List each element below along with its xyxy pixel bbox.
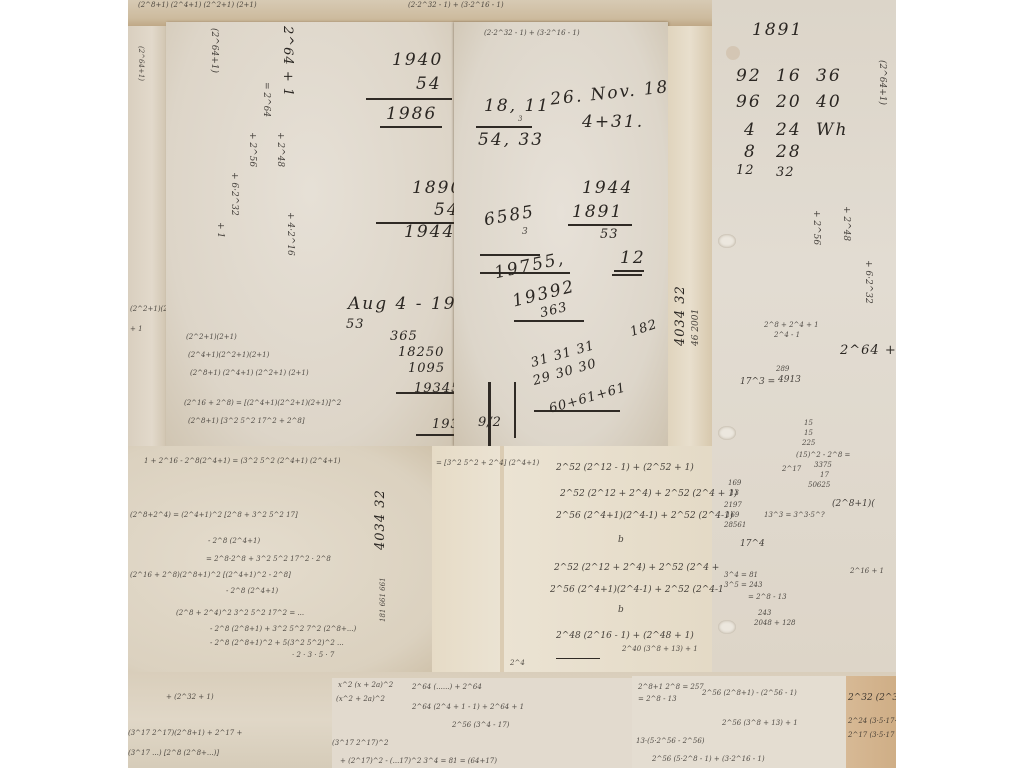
right-expr-right: (2^8+1)( bbox=[832, 500, 875, 509]
midcenter-line-5: 2^56 (2^4+1)(2^4-1) + 2^52 (2^4-1 bbox=[550, 586, 724, 595]
midcenter-line-3: 2^56 (2^4+1)(2^4-1) + 2^52 (2^4-1) bbox=[556, 512, 733, 521]
right-power-17-val: 4913 bbox=[778, 376, 801, 385]
right-vertical-expr-3: + 2^48 bbox=[841, 206, 850, 241]
right-169-e: 28561 bbox=[724, 522, 746, 529]
right-mult-15-c: 225 bbox=[802, 440, 815, 447]
note2-underline-2 bbox=[612, 274, 642, 276]
note1-term-6: + 1 bbox=[215, 222, 224, 238]
right-power-3-a: 3^4 = 81 bbox=[724, 572, 758, 579]
right-expr-2-17: 2^17 bbox=[782, 466, 801, 473]
note2-row-rule bbox=[476, 126, 532, 128]
note2-row1-sub: 3 bbox=[518, 116, 522, 123]
note1-sum1-rule bbox=[366, 98, 452, 100]
bottom-left-3: (3^17 ...) [2^8 (2^8+...)] bbox=[128, 750, 219, 757]
bottom-far-right-2: 2^24 (3·5·17· bbox=[848, 718, 896, 725]
midcenter-b-2: b bbox=[618, 606, 624, 615]
right-power-17: 17^3 = bbox=[740, 378, 775, 387]
right-table-r3c1: 4 bbox=[744, 122, 757, 139]
bottom-mid-3: 2^64 (......) + 2^64 bbox=[412, 684, 482, 691]
strip2-number-2: 46 2001 bbox=[692, 309, 701, 346]
note1-term-5: + 4·2^16 bbox=[285, 212, 294, 256]
midcenter-line-7: 2^40 (3^8 + 13) + 1 bbox=[622, 646, 698, 653]
note1-term-3: + 2^48 bbox=[275, 132, 284, 167]
top-strip-text: (2^8+1) (2^4+1) (2^2+1) (2+1) bbox=[138, 2, 257, 9]
right-169-c: 2197 bbox=[724, 502, 742, 509]
right-power-3-e: 2048 + 128 bbox=[754, 620, 796, 627]
note1-factor-2: (2^4+1)(2^2+1)(2+1) bbox=[188, 352, 269, 359]
midleft-line-8: - 2^8 (2^8+1) + 3^2 5^2 7^2 (2^8+...) bbox=[210, 626, 356, 633]
paper-note-1: (2^64+1) 2^64 + 1 = 2^64 + 2^56 + 2^48 +… bbox=[166, 22, 454, 446]
right-power-3-b: 3^5 = 243 bbox=[724, 582, 762, 589]
bottom-left-1: + (2^32 + 1) bbox=[166, 694, 214, 701]
note2-row2: 54, 33 bbox=[478, 132, 544, 149]
paper-left-strip: (2^64+1) (2^2+1)(2+1) + 1 bbox=[128, 26, 168, 446]
midleft-line-4: = 2^8·2^8 + 3^2 5^2 17^2 · 2^8 bbox=[206, 556, 331, 563]
midleft-line-6: - 2^8 (2^4+1) bbox=[226, 588, 278, 595]
right-table-r5c2: 32 bbox=[776, 166, 795, 179]
note2-year-b: 1891 bbox=[572, 204, 623, 221]
right-table-r4c1: 8 bbox=[744, 144, 757, 161]
right-table-r3c3: Wh bbox=[816, 122, 848, 139]
punch-hole bbox=[718, 426, 736, 440]
right-3375-c: 50625 bbox=[808, 482, 830, 489]
right-3375-a: 3375 bbox=[814, 462, 832, 469]
note1-sum1-b: 54 bbox=[416, 76, 442, 93]
right-mult-15-b: 15 bbox=[804, 430, 813, 437]
midcenter-b-1: b bbox=[618, 536, 624, 545]
note2-underline-1 bbox=[614, 270, 644, 272]
bottom-mid-4: 2^64 (2^4 + 1 - 1) + 2^64 + 1 bbox=[412, 704, 524, 711]
paper-note-2: (2·2^32 - 1) + (3·2^16 - 1) 18, 11 3 54,… bbox=[454, 22, 668, 446]
bottom-r-4: 2^56 (3^8 + 13) + 1 bbox=[722, 720, 798, 727]
paper-right-page: 1891 92 16 36 96 20 40 4 24 Wh 8 28 12 3… bbox=[712, 0, 896, 672]
paper-fold bbox=[500, 446, 504, 672]
note2-total: 182 bbox=[629, 318, 659, 339]
right-expr-2-64: 2^64 + 1 bbox=[840, 344, 896, 357]
right-power-17-top: 289 bbox=[776, 366, 789, 373]
right-expr-right-2: 2^16 + 1 bbox=[850, 568, 884, 575]
note2-calc-a: 6585 bbox=[483, 204, 536, 230]
right-thirteen: 13^3 = 3^3·5^? bbox=[764, 512, 825, 519]
note1-sum1-underline bbox=[380, 126, 442, 128]
midleft-line-1: 1 + 2^16 - 2^8(2^4+1) = (3^2 5^2 (2^4+1)… bbox=[144, 458, 341, 465]
note1-formula-vertical: (2^64+1) bbox=[209, 28, 218, 73]
right-table-r5c1: 12 bbox=[736, 164, 755, 177]
paper-bottom-middle: x^2 (x + 2a)^2 (x^2 + 2a)^2 2^64 (......… bbox=[332, 678, 632, 768]
right-table-r1c2: 16 bbox=[776, 68, 802, 85]
note1-eq-1: (2^16 + 2^8) = [(2^4+1)(2^2+1)(2+1)]^2 bbox=[184, 400, 341, 407]
right-power-3-c: = 2^8 - 13 bbox=[748, 594, 787, 601]
note1-date-sub: 53 bbox=[346, 318, 365, 331]
midcenter-line-6: 2^48 (2^16 - 1) + (2^48 + 1) bbox=[556, 632, 694, 641]
right-table-r2c1: 96 bbox=[736, 94, 762, 111]
right-seventeen: 17^4 bbox=[740, 540, 765, 549]
bottom-r-2: = 2^8 - 13 bbox=[638, 696, 677, 703]
note2-year-rule bbox=[568, 224, 632, 226]
strip2-number-1: 4034 32 bbox=[674, 285, 687, 346]
bottom-far-right-3: 2^17 (3·5·17 bbox=[848, 732, 894, 739]
punch-hole bbox=[718, 620, 736, 634]
bottom-far-right: 2^32 (2^32 bbox=[848, 694, 896, 703]
right-expr-15: (15)^2 - 2^8 = bbox=[796, 452, 850, 459]
note1-calc-1: 365 bbox=[390, 330, 418, 343]
right-table-r1c3: 36 bbox=[816, 68, 842, 85]
note1-formula-fraction: 2^64 + 1 bbox=[281, 26, 294, 97]
note1-sum1-a: 1940 bbox=[392, 52, 443, 69]
right-table-r1c1: 92 bbox=[736, 68, 762, 85]
note1-term-4: + 6·2^32 bbox=[229, 172, 238, 216]
right-mult-15-a: 15 bbox=[804, 420, 813, 427]
right-table-r2c2: 20 bbox=[776, 94, 802, 111]
bottom-mid-2: (x^2 + 2a)^2 bbox=[336, 696, 385, 703]
right-3375-b: 17 bbox=[820, 472, 829, 479]
right-vertical-expr-4: + 6·2^32 bbox=[863, 260, 872, 304]
right-table-r3c2: 24 bbox=[776, 122, 802, 139]
paper-stain bbox=[726, 46, 740, 60]
bottom-r-3: 2^56 (2^8+1) - (2^56 - 1) bbox=[702, 690, 797, 697]
note2-row1: 18, 11 bbox=[484, 98, 550, 115]
right-table-r2c3: 40 bbox=[816, 94, 842, 111]
midleft-vertical-num: 4034 32 bbox=[374, 489, 387, 550]
note2-calc-b: 3 bbox=[522, 228, 528, 237]
bottom-left-2: (3^17 2^17)(2^8+1) + 2^17 + bbox=[128, 730, 242, 737]
note2-plus: 4+31. bbox=[582, 114, 644, 131]
midcenter-header: = [3^2 5^2 + 2^4] (2^4+1) bbox=[436, 460, 539, 467]
note2-year-a: 1944 bbox=[582, 180, 633, 197]
midcenter-small-bottom: 2^4 bbox=[510, 660, 525, 667]
midleft-line-2: (2^8+2^4) = (2^4+1)^2 [2^8 + 3^2 5^2 17] bbox=[130, 512, 298, 519]
notes-collage: (2^8+1) (2^4+1) (2^2+1) (2+1) (2·2^32 - … bbox=[128, 0, 896, 768]
bottom-r-6: 2^56 (5·2^8 - 1) + (3·2^16 - 1) bbox=[652, 756, 765, 763]
midleft-line-3: - 2^8 (2^4+1) bbox=[208, 538, 260, 545]
note1-sum1-result: 1986 bbox=[386, 106, 437, 123]
bottom-r-5: 13·(5·2^56 - 2^56) bbox=[636, 738, 705, 745]
note2-year-diff: 53 bbox=[600, 228, 619, 241]
bottom-mid-1: x^2 (x + 2a)^2 bbox=[338, 682, 393, 689]
note1-factor-3: (2^8+1) (2^4+1) (2^2+1) (2+1) bbox=[190, 370, 309, 377]
left-strip-b: + 1 bbox=[130, 326, 143, 333]
midleft-line-10: · 2 · 3 · 5 · 7 bbox=[292, 652, 334, 659]
right-vertical-expr-2: + 2^56 bbox=[811, 210, 820, 245]
right-small-1: 2^8 + 2^4 + 1 bbox=[764, 322, 819, 329]
paper-bottom-right: 2^8+1 2^8 = 257 = 2^8 - 13 2^56 (2^8+1) … bbox=[632, 676, 846, 768]
bottom-mid-6: (3^17 2^17)^2 bbox=[332, 740, 388, 747]
bottom-r-1: 2^8+1 2^8 = 257 bbox=[638, 684, 704, 691]
note2-vertical-stroke-2 bbox=[514, 382, 516, 438]
right-vertical-expr: (2^64+1) bbox=[877, 60, 886, 105]
right-power-3-d: 243 bbox=[758, 610, 771, 617]
note1-calc-2: 18250 bbox=[398, 346, 444, 359]
right-table-r4c2: 28 bbox=[776, 144, 802, 161]
left-strip-formula: (2^64+1) bbox=[137, 46, 144, 81]
bottom-mid-5: 2^56 (3^4 - 17) bbox=[452, 722, 509, 729]
note1-calc-3: 1095 bbox=[408, 362, 445, 375]
paper-middle-center: = [3^2 5^2 + 2^4] (2^4+1) 2^52 (2^12 - 1… bbox=[432, 446, 712, 672]
note2-underlined: 12 bbox=[620, 250, 646, 267]
right-year: 1891 bbox=[752, 22, 803, 39]
midleft-line-9: - 2^8 (2^8+1)^2 + 5(3^2 5^2)^2 ... bbox=[210, 640, 344, 647]
note2-days-rule bbox=[534, 410, 620, 412]
paper-middle-left: 1 + 2^16 - 2^8(2^4+1) = (3^2 5^2 (2^4+1)… bbox=[128, 446, 432, 672]
note2-header: (2·2^32 - 1) + (3·2^16 - 1) bbox=[484, 30, 580, 37]
note2-calc-rule-c bbox=[514, 320, 584, 322]
note1-eq-2: (2^8+1) [3^2 5^2 17^2 + 2^8] bbox=[188, 418, 305, 425]
note1-factor-1: (2^2+1)(2+1) bbox=[186, 334, 237, 341]
midleft-line-5: (2^16 + 2^8)(2^8+1)^2 [(2^4+1)^2 - 2^8] bbox=[130, 572, 291, 579]
right-169-a: 169 bbox=[728, 480, 741, 487]
note1-term-1: = 2^64 bbox=[261, 82, 270, 117]
top-strip-formula: (2·2^32 - 1) + (3·2^16 - 1) bbox=[408, 2, 504, 9]
paper-bottom-corner: 2^32 (2^32 2^24 (3·5·17· 2^17 (3·5·17 bbox=[846, 676, 896, 768]
note2-vertical-stroke bbox=[488, 382, 491, 452]
midcenter-line-1: 2^52 (2^12 - 1) + (2^52 + 1) bbox=[556, 464, 694, 473]
midleft-vertical-col: 181 661 661 bbox=[380, 577, 387, 622]
punch-hole bbox=[718, 234, 736, 248]
bottom-mid-7: + (2^17)^2 - (...17)^2 3^4 = 81 = (64+17… bbox=[340, 758, 497, 765]
midcenter-line-2: 2^52 (2^12 + 2^4) + 2^52 (2^4 + 1) bbox=[560, 490, 737, 499]
right-small-1b: 2^4 - 1 bbox=[774, 332, 800, 339]
note1-term-2: + 2^56 bbox=[247, 132, 256, 167]
note1-sum2-result: 1944 bbox=[404, 224, 455, 241]
midcenter-line-4: 2^52 (2^12 + 2^4) + 2^52 (2^4 + bbox=[554, 564, 719, 573]
paper-strip-2: 4034 32 46 2001 bbox=[668, 26, 712, 446]
midleft-line-7: (2^8 + 2^4)^2 3^2 5^2 17^2 = ... bbox=[176, 610, 304, 617]
midcenter-underline bbox=[556, 658, 600, 659]
